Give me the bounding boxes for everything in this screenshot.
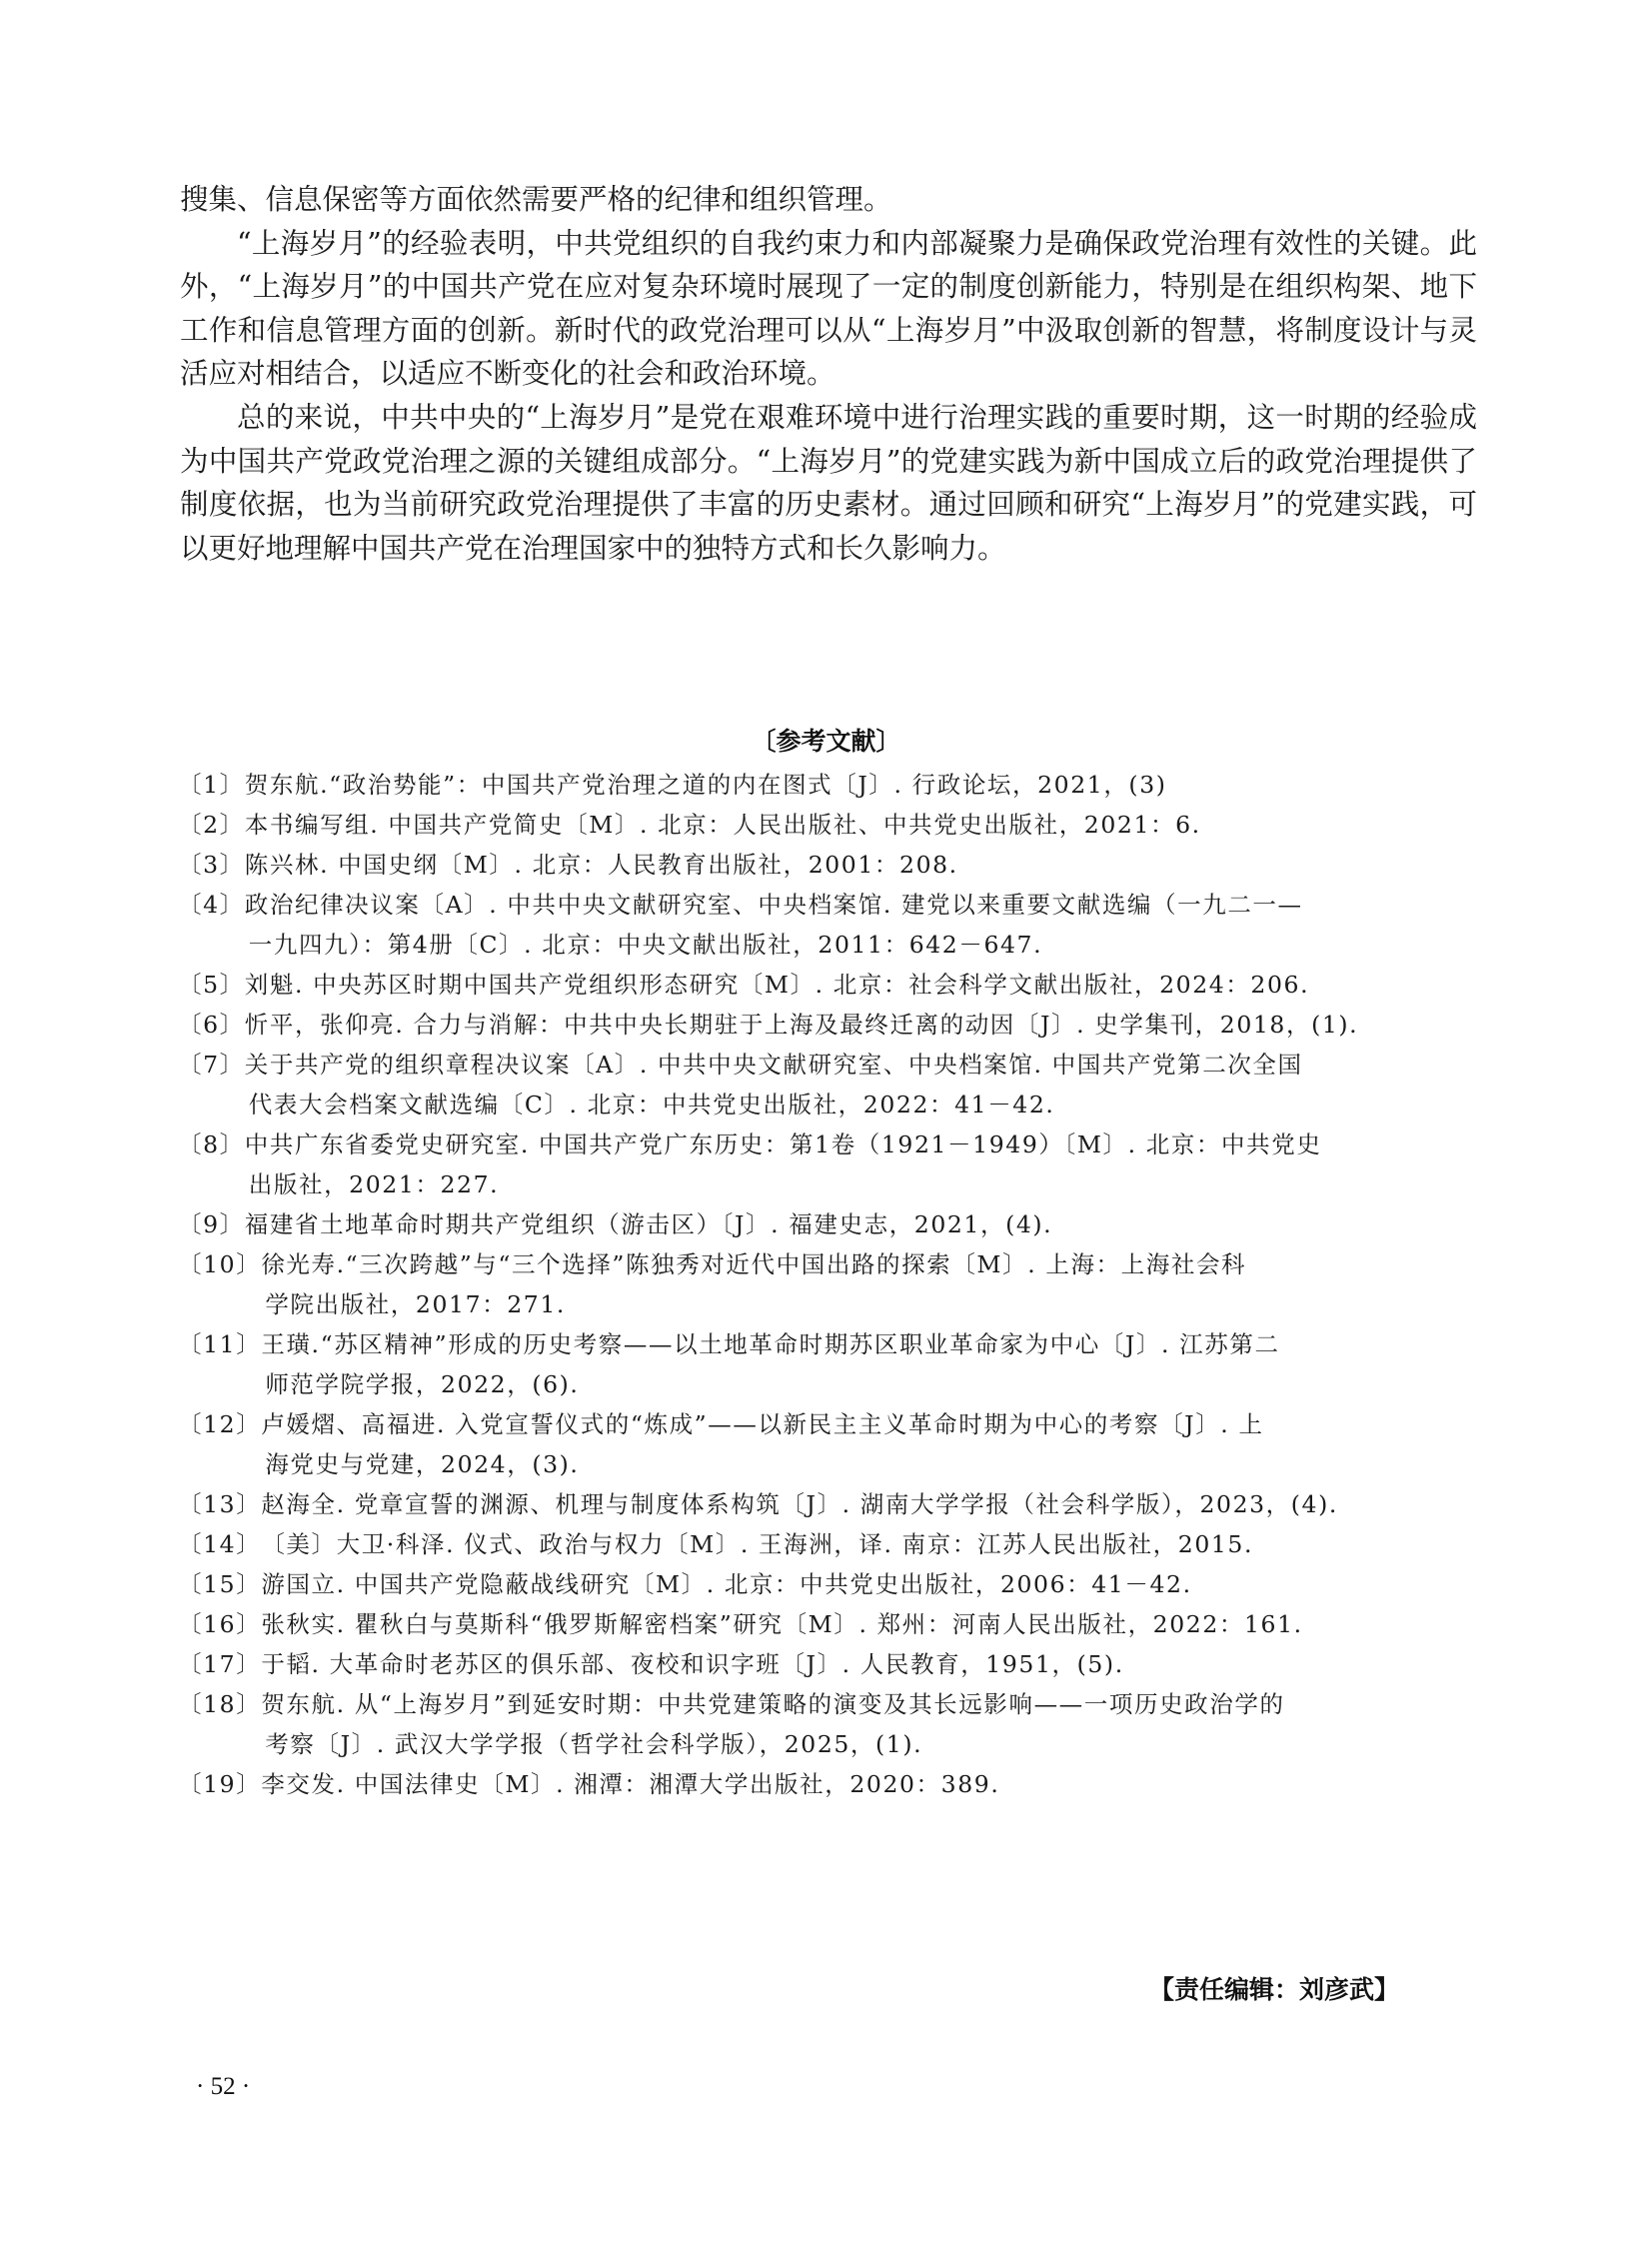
reference-number: 〔2〕 <box>178 805 245 845</box>
reference-text: 张秋实. 瞿秋白与莫斯科“俄罗斯解密档案”研究〔M〕. 郑州：河南人民出版社，2… <box>261 1610 1302 1638</box>
reference-item: 〔12〕卢媛熠、高福进. 入党宣誓仪式的“炼成”——以新民主主义革命时期为中心的… <box>178 1404 1479 1484</box>
reference-item: 〔15〕游国立. 中国共产党隐蔽战线研究〔M〕. 北京：中共党史出版社，2006… <box>178 1564 1479 1604</box>
reference-item: 〔7〕关于共产党的组织章程决议案〔A〕. 中共中央文献研究室、中央档案馆. 中国… <box>178 1045 1479 1124</box>
reference-number: 〔18〕 <box>178 1684 261 1764</box>
reference-text: 王璜.“苏区精神”形成的历史考察——以土地革命时期苏区职业革命家为中心〔J〕. … <box>261 1330 1279 1358</box>
reference-item: 〔8〕中共广东省委党史研究室. 中国共产党广东历史：第1卷（1921－1949）… <box>178 1124 1479 1204</box>
reference-item: 〔13〕赵海全. 党章宣誓的渊源、机理与制度体系构筑〔J〕. 湖南大学学报（社会… <box>178 1484 1479 1524</box>
reference-item: 〔17〕于韬. 大革命时老苏区的俱乐部、夜校和识字班〔J〕. 人民教育，1951… <box>178 1644 1479 1684</box>
reference-number: 〔4〕 <box>178 885 245 965</box>
reference-number: 〔17〕 <box>178 1644 261 1684</box>
reference-text: 贺东航. 从“上海岁月”到延安时期：中共党建策略的演变及其长远影响——一项历史政… <box>261 1690 1284 1718</box>
reference-number: 〔8〕 <box>178 1124 245 1204</box>
reference-text: 卢媛熠、高福进. 入党宣誓仪式的“炼成”——以新民主主义革命时期为中心的考察〔J… <box>261 1410 1263 1438</box>
reference-text: 李交发. 中国法律史〔M〕. 湘潭：湘潭大学出版社，2020：389. <box>261 1770 999 1798</box>
page-number: · 52 · <box>196 2067 250 2107</box>
reference-item: 〔14〕〔美〕大卫·科泽. 仪式、政治与权力〔M〕. 王海洲，译. 南京：江苏人… <box>178 1524 1479 1564</box>
reference-item: 〔2〕本书编写组. 中国共产党简史〔M〕. 北京：人民出版社、中共党史出版社，2… <box>178 805 1479 845</box>
reference-text: 关于共产党的组织章程决议案〔A〕. 中共中央文献研究室、中央档案馆. 中国共产党… <box>245 1051 1303 1079</box>
body-text: 搜集、信息保密等方面依然需要严格的纪律和组织管理。 “上海岁月”的经验表明，中共… <box>180 178 1477 570</box>
reference-text: 〔美〕大卫·科泽. 仪式、政治与权力〔M〕. 王海洲，译. 南京：江苏人民出版社… <box>261 1530 1253 1558</box>
reference-text-continued: 海党史与党建，2024，(3). <box>261 1444 1479 1484</box>
reference-item: 〔10〕徐光寿.“三次跨越”与“三个选择”陈独秀对近代中国出路的探索〔M〕. 上… <box>178 1244 1479 1324</box>
reference-number: 〔3〕 <box>178 845 245 885</box>
reference-number: 〔13〕 <box>178 1484 261 1524</box>
reference-number: 〔12〕 <box>178 1404 261 1484</box>
reference-text: 赵海全. 党章宣誓的渊源、机理与制度体系构筑〔J〕. 湖南大学学报（社会科学版）… <box>261 1490 1338 1518</box>
reference-number: 〔1〕 <box>178 765 245 805</box>
reference-number: 〔15〕 <box>178 1564 261 1604</box>
reference-text: 贺东航.“政治势能”：中国共产党治理之道的内在图式〔J〕. 行政论坛，2021，… <box>245 771 1167 799</box>
reference-text-continued: 师范学院学报，2022，(6). <box>261 1364 1479 1404</box>
reference-item: 〔4〕政治纪律决议案〔A〕. 中共中央文献研究室、中央档案馆. 建党以来重要文献… <box>178 885 1479 965</box>
paragraph: “上海岁月”的经验表明，中共党组织的自我约束力和内部凝聚力是确保政党治理有效性的… <box>180 222 1477 396</box>
references-list: 〔1〕贺东航.“政治势能”：中国共产党治理之道的内在图式〔J〕. 行政论坛，20… <box>178 765 1479 1804</box>
reference-text-continued: 出版社，2021：227. <box>245 1164 1479 1204</box>
reference-number: 〔9〕 <box>178 1204 245 1244</box>
paragraph: 搜集、信息保密等方面依然需要严格的纪律和组织管理。 <box>180 178 1477 222</box>
reference-number: 〔16〕 <box>178 1604 261 1644</box>
reference-item: 〔9〕福建省土地革命时期共产党组织（游击区）〔J〕. 福建史志，2021，(4)… <box>178 1204 1479 1244</box>
reference-number: 〔11〕 <box>178 1324 261 1404</box>
reference-text: 徐光寿.“三次跨越”与“三个选择”陈独秀对近代中国出路的探索〔M〕. 上海：上海… <box>261 1250 1246 1278</box>
reference-item: 〔6〕忻平，张仰亮. 合力与消解：中共中央长期驻于上海及最终迁离的动因〔J〕. … <box>178 1005 1479 1045</box>
reference-text: 本书编写组. 中国共产党简史〔M〕. 北京：人民出版社、中共党史出版社，2021… <box>245 811 1201 839</box>
document-page: 搜集、信息保密等方面依然需要严格的纪律和组织管理。 “上海岁月”的经验表明，中共… <box>0 0 1652 2243</box>
reference-text-continued: 考察〔J〕. 武汉大学学报（哲学社会科学版），2025，(1). <box>261 1724 1479 1764</box>
reference-text: 刘魁. 中央苏区时期中国共产党组织形态研究〔M〕. 北京：社会科学文献出版社，2… <box>245 971 1309 999</box>
reference-item: 〔11〕王璜.“苏区精神”形成的历史考察——以土地革命时期苏区职业革命家为中心〔… <box>178 1324 1479 1404</box>
reference-number: 〔19〕 <box>178 1764 261 1804</box>
reference-number: 〔14〕 <box>178 1524 261 1564</box>
responsible-editor: 【责任编辑：刘彦武】 <box>1149 1969 1479 2011</box>
reference-text: 游国立. 中国共产党隐蔽战线研究〔M〕. 北京：中共党史出版社，2006：41－… <box>261 1570 1191 1598</box>
reference-item: 〔1〕贺东航.“政治势能”：中国共产党治理之道的内在图式〔J〕. 行政论坛，20… <box>178 765 1479 805</box>
reference-text-continued: 代表大会档案文献选编〔C〕. 北京：中共党史出版社，2022：41－42. <box>245 1085 1479 1124</box>
reference-item: 〔5〕刘魁. 中央苏区时期中国共产党组织形态研究〔M〕. 北京：社会科学文献出版… <box>178 965 1479 1005</box>
reference-text-continued: 一九四九）：第4册〔C〕. 北京：中央文献出版社，2011：642－647. <box>245 925 1479 965</box>
reference-text: 于韬. 大革命时老苏区的俱乐部、夜校和识字班〔J〕. 人民教育，1951，(5)… <box>261 1650 1123 1678</box>
reference-number: 〔10〕 <box>178 1244 261 1324</box>
reference-item: 〔16〕张秋实. 瞿秋白与莫斯科“俄罗斯解密档案”研究〔M〕. 郑州：河南人民出… <box>178 1604 1479 1644</box>
reference-text: 福建省土地革命时期共产党组织（游击区）〔J〕. 福建史志，2021，(4). <box>245 1210 1052 1238</box>
reference-item: 〔18〕贺东航. 从“上海岁月”到延安时期：中共党建策略的演变及其长远影响——一… <box>178 1684 1479 1764</box>
reference-text: 中共广东省委党史研究室. 中国共产党广东历史：第1卷（1921－1949）〔M〕… <box>245 1130 1322 1158</box>
reference-text: 陈兴林. 中国史纲〔M〕. 北京：人民教育出版社，2001：208. <box>245 851 958 879</box>
reference-number: 〔6〕 <box>178 1005 245 1045</box>
reference-text: 忻平，张仰亮. 合力与消解：中共中央长期驻于上海及最终迁离的动因〔J〕. 史学集… <box>245 1011 1358 1039</box>
reference-number: 〔5〕 <box>178 965 245 1005</box>
reference-text-continued: 学院出版社，2017：271. <box>261 1284 1479 1324</box>
reference-number: 〔7〕 <box>178 1045 245 1124</box>
references-heading: 〔参考文献〕 <box>0 722 1652 762</box>
paragraph: 总的来说，中共中央的“上海岁月”是党在艰难环境中进行治理实践的重要时期，这一时期… <box>180 396 1477 570</box>
reference-item: 〔3〕陈兴林. 中国史纲〔M〕. 北京：人民教育出版社，2001：208. <box>178 845 1479 885</box>
reference-text: 政治纪律决议案〔A〕. 中共中央文献研究室、中央档案馆. 建党以来重要文献选编（… <box>245 891 1303 919</box>
reference-item: 〔19〕李交发. 中国法律史〔M〕. 湘潭：湘潭大学出版社，2020：389. <box>178 1764 1479 1804</box>
